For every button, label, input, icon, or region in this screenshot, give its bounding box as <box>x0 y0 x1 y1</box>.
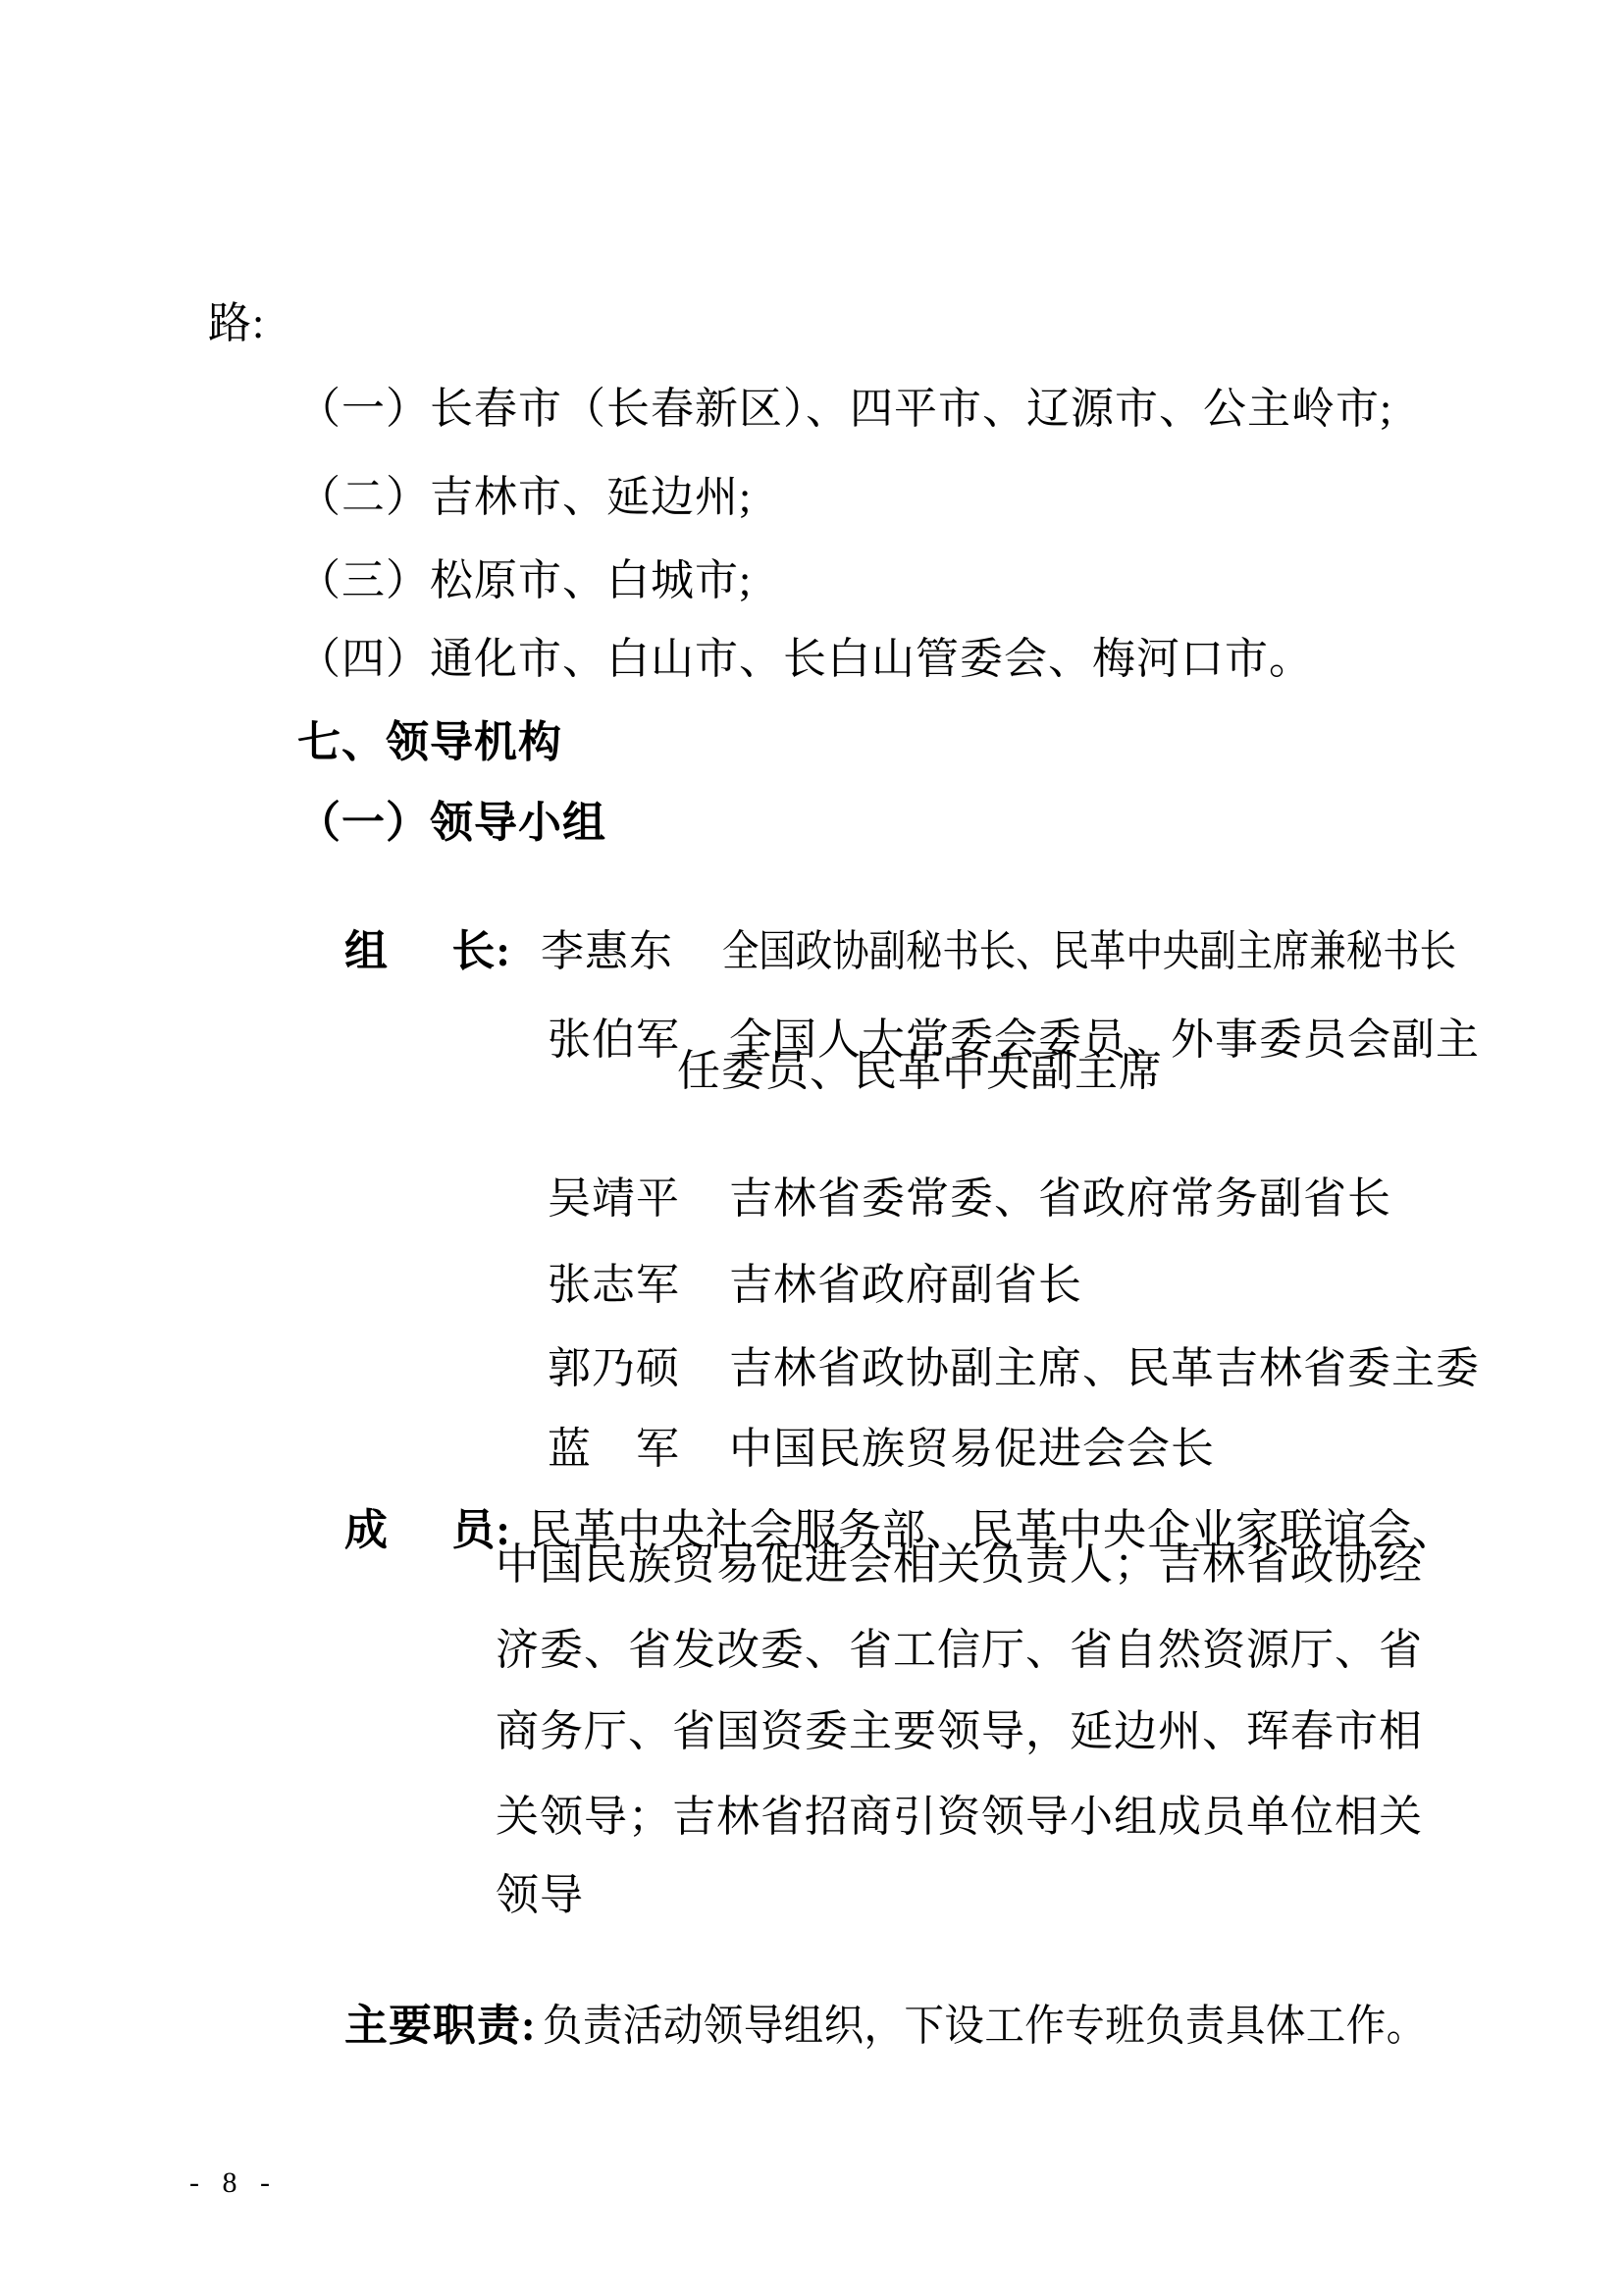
members-row-6: 领导 <box>496 1872 584 1919</box>
paragraph-continuation: 路: <box>208 300 265 347</box>
route-item-4: （四）通化市、白山市、长白山管委会、梅河口市。 <box>297 636 1313 683</box>
leader-label-char-1: 组 <box>344 928 389 975</box>
members-label-char-1: 成 <box>344 1507 389 1554</box>
subsection-heading: （一）领导小组 <box>297 800 606 847</box>
members-row-2: 中国民族贸易促进会相关负责人；吉林省政协经 <box>496 1541 1423 1589</box>
document-page: 路: （一）长春市（长春新区）、四平市、辽源市、公主岭市; （二）吉林市、延边州… <box>0 0 1624 2295</box>
members-row-3: 济委、省发改委、省工信厅、省自然资源厅、省 <box>496 1627 1423 1674</box>
route-item-1: （一）长春市（长春新区）、四平市、辽源市、公主岭市; <box>297 386 1392 433</box>
page-number: - 8 - <box>189 2166 278 2200</box>
leader-title: 全国政协副秘书长、民革中央副主席兼秘书长 <box>722 928 1456 975</box>
members-row-5: 关领导；吉林省招商引资领导小组成员单位相关 <box>496 1794 1423 1841</box>
duties-label: 主要职责: <box>344 2002 537 2050</box>
route-item-3: （三）松原市、白城市; <box>297 557 752 604</box>
members-row-4: 商务厅、省国资委主要领导，延边州、珲春市相 <box>496 1708 1423 1755</box>
leader-name: 李惠东 <box>541 928 722 975</box>
route-item-2: （二）吉林市、延边州; <box>297 474 752 521</box>
leader-row-2-continuation: 任委员、民革中央副主席 <box>677 1048 1163 1095</box>
duties-text: 负责活动领导组织，下设工作专班负责具体工作。 <box>543 2003 1427 2050</box>
leader-label-char-2: 长: <box>451 928 511 975</box>
members-label: 成员: <box>344 1507 511 1554</box>
duties-row: 主要职责:负责活动领导组织，下设工作专班负责具体工作。 <box>297 1956 1503 2096</box>
section-heading: 七、领导机构 <box>297 719 562 766</box>
leader-group-label: 组长: <box>344 928 511 975</box>
